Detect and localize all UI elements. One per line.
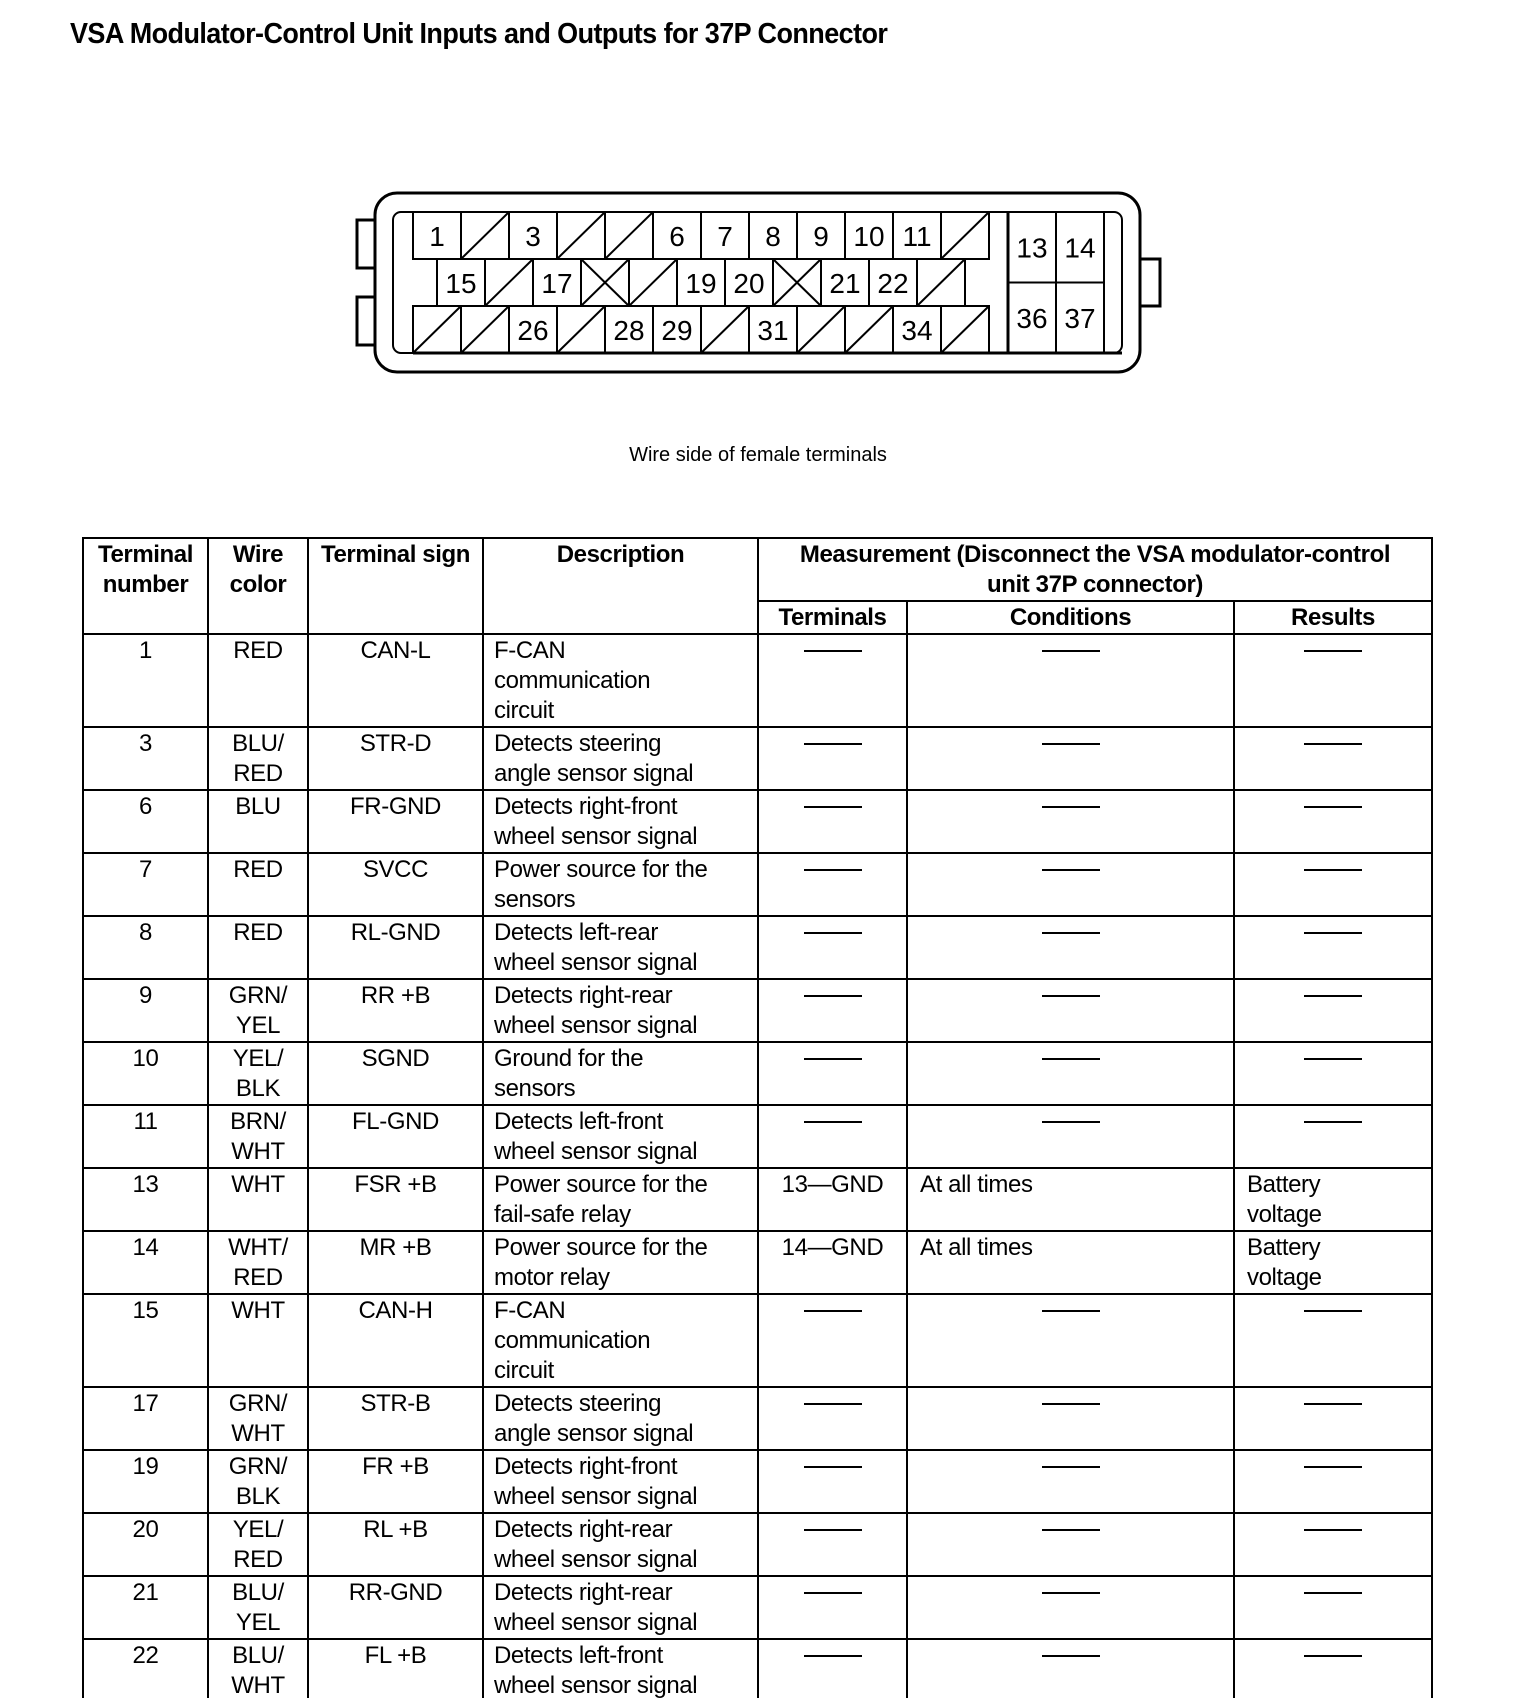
svg-text:1: 1 [429, 221, 445, 252]
not-applicable-dash [1304, 932, 1362, 934]
not-applicable-dash [804, 1310, 862, 1312]
terminal-number-cell: 8 [83, 916, 208, 979]
measurement-results-cell [1234, 1513, 1432, 1576]
measurement-conditions-cell [907, 916, 1234, 979]
terminal-sign-cell: SGND [308, 1042, 483, 1105]
measurement-conditions-cell [907, 979, 1234, 1042]
measurement-conditions-cell [907, 634, 1234, 727]
terminal-sign-cell: MR +B [308, 1231, 483, 1294]
table-row: 21BLU/ YELRR-GNDDetects right-rear wheel… [83, 1576, 1432, 1639]
terminal-number-cell: 14 [83, 1231, 208, 1294]
not-applicable-dash [804, 1121, 862, 1123]
not-applicable-dash [1042, 1310, 1100, 1312]
measurement-results-cell: Battery voltage [1234, 1168, 1432, 1231]
terminal-sign-cell: FR-GND [308, 790, 483, 853]
svg-text:8: 8 [765, 221, 781, 252]
measurement-results-cell [1234, 1450, 1432, 1513]
not-applicable-dash [804, 869, 862, 871]
terminal-number-cell: 13 [83, 1168, 208, 1231]
not-applicable-dash [1304, 1466, 1362, 1468]
svg-text:13: 13 [1016, 232, 1047, 263]
measurement-terminals-cell [758, 790, 907, 853]
not-applicable-dash [1042, 650, 1100, 652]
measurement-terminals-cell [758, 979, 907, 1042]
measurement-terminals-cell [758, 1387, 907, 1450]
table-row: 17GRN/ WHTSTR-BDetects steering angle se… [83, 1387, 1432, 1450]
table-row: 6BLUFR-GNDDetects right-front wheel sens… [83, 790, 1432, 853]
description-cell: Detects right-rear wheel sensor signal [483, 1576, 758, 1639]
not-applicable-dash [1042, 995, 1100, 997]
not-applicable-dash [804, 1403, 862, 1405]
table-row: 20YEL/ REDRL +BDetects right-rear wheel … [83, 1513, 1432, 1576]
description-cell: Detects steering angle sensor signal [483, 727, 758, 790]
table-row: 3BLU/ REDSTR-DDetects steering angle sen… [83, 727, 1432, 790]
terminal-number-cell: 22 [83, 1639, 208, 1698]
not-applicable-dash [804, 1529, 862, 1531]
measurement-conditions-cell: At all times [907, 1168, 1234, 1231]
terminal-sign-cell: FR +B [308, 1450, 483, 1513]
terminal-sign-cell: FL-GND [308, 1105, 483, 1168]
not-applicable-dash [1304, 1529, 1362, 1531]
table-row: 7REDSVCCPower source for the sensors [83, 853, 1432, 916]
measurement-results-cell [1234, 634, 1432, 727]
wire-color-cell: BLU/ RED [208, 727, 308, 790]
not-applicable-dash [1042, 743, 1100, 745]
measurement-conditions-cell [907, 1042, 1234, 1105]
not-applicable-dash [1042, 1466, 1100, 1468]
terminal-sign-cell: CAN-H [308, 1294, 483, 1387]
terminal-number-cell: 1 [83, 634, 208, 727]
table-row: 1REDCAN-LF-CAN communication circuit [83, 634, 1432, 727]
svg-text:37: 37 [1064, 303, 1095, 334]
table-row: 10YEL/ BLKSGNDGround for the sensors [83, 1042, 1432, 1105]
description-cell: Detects right-front wheel sensor signal [483, 790, 758, 853]
terminal-sign-cell: RR +B [308, 979, 483, 1042]
description-cell: Detects left-front wheel sensor signal [483, 1639, 758, 1698]
not-applicable-dash [1304, 869, 1362, 871]
not-applicable-dash [1042, 1058, 1100, 1060]
svg-text:14: 14 [1064, 232, 1095, 263]
description-cell: Detects left-rear wheel sensor signal [483, 916, 758, 979]
wire-color-cell: GRN/ YEL [208, 979, 308, 1042]
svg-text:3: 3 [525, 221, 541, 252]
terminal-number-cell: 11 [83, 1105, 208, 1168]
connector-caption: Wire side of female terminals [0, 444, 1516, 467]
table-row: 14WHT/ REDMR +BPower source for the moto… [83, 1231, 1432, 1294]
wire-color-cell: YEL/ RED [208, 1513, 308, 1576]
terminal-sign-cell: STR-D [308, 727, 483, 790]
measurement-conditions-cell [907, 1105, 1234, 1168]
measurement-results-cell: Battery voltage [1234, 1231, 1432, 1294]
table-body: 1REDCAN-LF-CAN communication circuit3BLU… [83, 634, 1432, 1698]
wire-color-cell: WHT/ RED [208, 1231, 308, 1294]
measurement-terminals-cell [758, 1576, 907, 1639]
terminal-number-cell: 10 [83, 1042, 208, 1105]
not-applicable-dash [804, 743, 862, 745]
description-cell: Detects left-front wheel sensor signal [483, 1105, 758, 1168]
svg-text:26: 26 [517, 315, 548, 346]
not-applicable-dash [1304, 1121, 1362, 1123]
measurement-results-cell [1234, 979, 1432, 1042]
not-applicable-dash [804, 1592, 862, 1594]
svg-text:7: 7 [717, 221, 733, 252]
table-row: 13WHTFSR +BPower source for the fail-saf… [83, 1168, 1432, 1231]
measurement-results-cell [1234, 1042, 1432, 1105]
not-applicable-dash [804, 995, 862, 997]
not-applicable-dash [1042, 806, 1100, 808]
measurement-terminals-cell [758, 634, 907, 727]
description-cell: Detects steering angle sensor signal [483, 1387, 758, 1450]
not-applicable-dash [1304, 1310, 1362, 1312]
terminal-sign-cell: STR-B [308, 1387, 483, 1450]
terminal-number-cell: 3 [83, 727, 208, 790]
header-wire-color: Wire color [208, 538, 308, 634]
terminal-number-cell: 9 [83, 979, 208, 1042]
measurement-terminals-cell [758, 916, 907, 979]
svg-text:28: 28 [613, 315, 644, 346]
header-terminal-sign: Terminal sign [308, 538, 483, 634]
measurement-terminals-cell [758, 1105, 907, 1168]
wire-color-cell: RED [208, 916, 308, 979]
description-cell: Ground for the sensors [483, 1042, 758, 1105]
terminal-number-cell: 7 [83, 853, 208, 916]
not-applicable-dash [1304, 1655, 1362, 1657]
measurement-results-cell [1234, 1387, 1432, 1450]
measurement-conditions-cell [907, 1294, 1234, 1387]
measurement-terminals-cell: 13—GND [758, 1168, 907, 1231]
terminal-sign-cell: CAN-L [308, 634, 483, 727]
wire-color-cell: YEL/ BLK [208, 1042, 308, 1105]
not-applicable-dash [1042, 869, 1100, 871]
svg-text:22: 22 [877, 268, 908, 299]
terminal-number-cell: 15 [83, 1294, 208, 1387]
header-terminal-number: Terminal number [83, 538, 208, 634]
terminal-sign-cell: RL-GND [308, 916, 483, 979]
svg-text:15: 15 [445, 268, 476, 299]
wire-color-cell: GRN/ BLK [208, 1450, 308, 1513]
measurement-conditions-cell [907, 1576, 1234, 1639]
terminal-table: Terminal number Wire color Terminal sign… [82, 537, 1433, 1698]
table-row: 8REDRL-GNDDetects left-rear wheel sensor… [83, 916, 1432, 979]
measurement-results-cell [1234, 1639, 1432, 1698]
terminal-number-cell: 21 [83, 1576, 208, 1639]
table-row: 11BRN/ WHTFL-GNDDetects left-front wheel… [83, 1105, 1432, 1168]
wire-color-cell: WHT [208, 1168, 308, 1231]
not-applicable-dash [1304, 650, 1362, 652]
terminal-number-cell: 20 [83, 1513, 208, 1576]
terminal-sign-cell: RR-GND [308, 1576, 483, 1639]
terminal-number-cell: 17 [83, 1387, 208, 1450]
measurement-conditions-cell [907, 790, 1234, 853]
not-applicable-dash [804, 1655, 862, 1657]
header-description: Description [483, 538, 758, 634]
measurement-terminals-cell [758, 1639, 907, 1698]
not-applicable-dash [1042, 1592, 1100, 1594]
svg-text:11: 11 [902, 221, 931, 252]
measurement-terminals-cell [758, 853, 907, 916]
svg-text:10: 10 [853, 221, 884, 252]
not-applicable-dash [1304, 1592, 1362, 1594]
header-results: Results [1234, 601, 1432, 634]
svg-text:31: 31 [757, 315, 788, 346]
description-cell: Detects right-front wheel sensor signal [483, 1450, 758, 1513]
terminal-sign-cell: RL +B [308, 1513, 483, 1576]
not-applicable-dash [804, 1466, 862, 1468]
description-cell: Power source for the motor relay [483, 1231, 758, 1294]
not-applicable-dash [1042, 1403, 1100, 1405]
svg-text:36: 36 [1016, 303, 1047, 334]
wire-color-cell: BLU [208, 790, 308, 853]
header-conditions: Conditions [907, 601, 1234, 634]
table-row: 22BLU/ WHTFL +BDetects left-front wheel … [83, 1639, 1432, 1698]
svg-text:34: 34 [901, 315, 932, 346]
measurement-conditions-cell [907, 1387, 1234, 1450]
measurement-conditions-cell [907, 727, 1234, 790]
measurement-results-cell [1234, 916, 1432, 979]
not-applicable-dash [804, 932, 862, 934]
wire-color-cell: GRN/ WHT [208, 1387, 308, 1450]
measurement-terminals-cell: 14—GND [758, 1231, 907, 1294]
measurement-conditions-cell [907, 1639, 1234, 1698]
connector-diagram: 1367891011151719202122262829313413143637 [0, 0, 1536, 420]
not-applicable-dash [1042, 932, 1100, 934]
svg-text:17: 17 [541, 268, 572, 299]
terminal-sign-cell: FSR +B [308, 1168, 483, 1231]
not-applicable-dash [804, 806, 862, 808]
not-applicable-dash [1304, 806, 1362, 808]
terminal-sign-cell: FL +B [308, 1639, 483, 1698]
description-cell: F-CAN communication circuit [483, 1294, 758, 1387]
terminal-number-cell: 6 [83, 790, 208, 853]
measurement-conditions-cell [907, 853, 1234, 916]
not-applicable-dash [1042, 1121, 1100, 1123]
description-cell: Power source for the sensors [483, 853, 758, 916]
header-terminals: Terminals [758, 601, 907, 634]
svg-text:9: 9 [813, 221, 829, 252]
wire-color-cell: RED [208, 634, 308, 727]
measurement-conditions-cell [907, 1513, 1234, 1576]
not-applicable-dash [804, 650, 862, 652]
not-applicable-dash [804, 1058, 862, 1060]
svg-text:21: 21 [829, 268, 860, 299]
terminal-number-cell: 19 [83, 1450, 208, 1513]
measurement-terminals-cell [758, 1294, 907, 1387]
wire-color-cell: BLU/ YEL [208, 1576, 308, 1639]
table-row: 9GRN/ YELRR +BDetects right-rear wheel s… [83, 979, 1432, 1042]
description-cell: Detects right-rear wheel sensor signal [483, 1513, 758, 1576]
measurement-results-cell [1234, 1294, 1432, 1387]
measurement-results-cell [1234, 790, 1432, 853]
svg-text:29: 29 [661, 315, 692, 346]
header-measurement: Measurement (Disconnect the VSA modulato… [758, 538, 1432, 601]
not-applicable-dash [1304, 995, 1362, 997]
description-cell: Detects right-rear wheel sensor signal [483, 979, 758, 1042]
svg-text:6: 6 [669, 221, 685, 252]
not-applicable-dash [1304, 1403, 1362, 1405]
measurement-results-cell [1234, 1576, 1432, 1639]
measurement-terminals-cell [758, 1513, 907, 1576]
wire-color-cell: RED [208, 853, 308, 916]
table-row: 19GRN/ BLKFR +BDetects right-front wheel… [83, 1450, 1432, 1513]
wire-color-cell: WHT [208, 1294, 308, 1387]
measurement-results-cell [1234, 853, 1432, 916]
not-applicable-dash [1304, 1058, 1362, 1060]
not-applicable-dash [1042, 1529, 1100, 1531]
svg-text:19: 19 [685, 268, 716, 299]
measurement-terminals-cell [758, 1450, 907, 1513]
measurement-results-cell [1234, 1105, 1432, 1168]
wire-color-cell: BRN/ WHT [208, 1105, 308, 1168]
svg-text:20: 20 [733, 268, 764, 299]
table-row: 15WHTCAN-HF-CAN communication circuit [83, 1294, 1432, 1387]
measurement-terminals-cell [758, 727, 907, 790]
terminal-sign-cell: SVCC [308, 853, 483, 916]
not-applicable-dash [1042, 1655, 1100, 1657]
not-applicable-dash [1304, 743, 1362, 745]
measurement-conditions-cell [907, 1450, 1234, 1513]
measurement-conditions-cell: At all times [907, 1231, 1234, 1294]
wire-color-cell: BLU/ WHT [208, 1639, 308, 1698]
measurement-results-cell [1234, 727, 1432, 790]
measurement-terminals-cell [758, 1042, 907, 1105]
description-cell: Power source for the fail-safe relay [483, 1168, 758, 1231]
description-cell: F-CAN communication circuit [483, 634, 758, 727]
